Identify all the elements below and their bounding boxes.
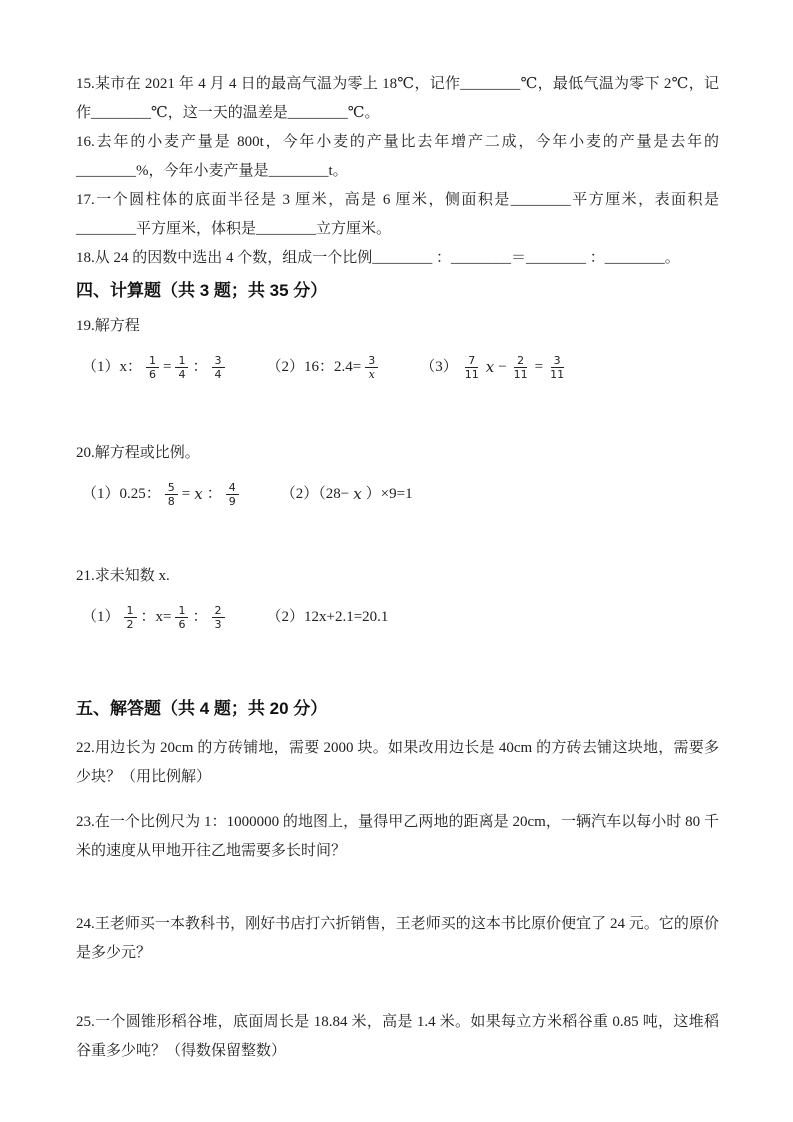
fraction-denominator: 4 bbox=[212, 368, 225, 381]
fraction: 12 bbox=[124, 604, 137, 631]
question-21-equations: （1） 12 ：x= 16 ： 23 （2）12x+2.1=20.1 bbox=[80, 599, 719, 635]
fraction: 34 bbox=[212, 354, 225, 381]
question-19-equations: （1）x： 16 = 14 ： 34 （2）16：2.4= 3x （3） 711… bbox=[80, 349, 719, 385]
fraction-numerator: 1 bbox=[175, 604, 188, 618]
math-text: （1） bbox=[82, 603, 120, 632]
fraction-denominator: 2 bbox=[124, 618, 137, 631]
minus-sign: − bbox=[498, 353, 506, 382]
fraction-numerator: 1 bbox=[175, 354, 188, 368]
fraction: 311 bbox=[547, 354, 567, 381]
fraction: 3x bbox=[365, 354, 378, 381]
fraction: 16 bbox=[175, 604, 188, 631]
answer-space bbox=[76, 512, 719, 556]
fraction-denominator: 6 bbox=[175, 618, 188, 631]
fraction-numerator: 2 bbox=[514, 354, 527, 368]
fraction: 14 bbox=[175, 354, 188, 381]
fraction-denominator: 11 bbox=[511, 368, 531, 381]
fraction-numerator: 1 bbox=[146, 354, 159, 368]
fraction-denominator: x bbox=[366, 368, 378, 381]
math-variable-x: x bbox=[353, 480, 361, 509]
answer-space bbox=[76, 866, 719, 910]
question-20-equations: （1）0.25： 58 = x ： 49 （2）（28− x ）×9=1 bbox=[80, 476, 719, 512]
math-text: （3） bbox=[420, 353, 458, 382]
fraction-numerator: 7 bbox=[465, 354, 478, 368]
fraction-denominator: 8 bbox=[165, 495, 178, 508]
question-20-title: 20.解方程或比例。 bbox=[76, 439, 719, 468]
fraction-numerator: 3 bbox=[551, 354, 564, 368]
ratio-colon: ： bbox=[207, 480, 222, 509]
question-24: 24.王老师买一本教科书，刚好书店打六折销售，王老师买的这本书比原价便宜了 24… bbox=[76, 910, 719, 968]
fraction-numerator: 3 bbox=[365, 354, 378, 368]
math-text: （2）16：2.4= bbox=[267, 353, 362, 382]
fraction: 58 bbox=[165, 481, 178, 508]
q21-eq2: （2）12x+2.1=20.1 bbox=[265, 603, 391, 632]
fraction-denominator: 11 bbox=[462, 368, 482, 381]
fraction-denominator: 6 bbox=[146, 368, 159, 381]
section-4-heading: 四、计算题（共 3 题；共 35 分） bbox=[76, 276, 719, 306]
question-21-title: 21.求未知数 x. bbox=[76, 562, 719, 591]
fraction: 49 bbox=[226, 481, 239, 508]
math-text: （1）0.25： bbox=[82, 480, 161, 509]
math-text: ）×9=1 bbox=[366, 480, 413, 509]
fraction-denominator: 9 bbox=[226, 495, 239, 508]
fraction-numerator: 4 bbox=[226, 481, 239, 495]
math-text: ：x= bbox=[141, 603, 172, 632]
fraction-denominator: 3 bbox=[212, 618, 225, 631]
fraction-numerator: 1 bbox=[124, 604, 137, 618]
answer-space bbox=[76, 792, 719, 808]
question-17: 17.一个圆柱体的底面半径是 3 厘米，高是 6 厘米，侧面积是________… bbox=[76, 186, 719, 244]
section-5-heading: 五、解答题（共 4 题；共 20 分） bbox=[76, 694, 719, 724]
q19-eq3: （3） 711 x − 211 = 311 bbox=[418, 353, 569, 382]
question-15: 15.某市在 2021 年 4 月 4 日的最高气温为零上 18℃，记作____… bbox=[76, 70, 719, 128]
q19-eq2: （2）16：2.4= 3x bbox=[265, 353, 381, 382]
math-text: ： bbox=[192, 353, 207, 382]
equals-sign: = bbox=[182, 480, 190, 509]
question-19-title: 19.解方程 bbox=[76, 312, 719, 341]
fraction-numerator: 2 bbox=[212, 604, 225, 618]
fraction-numerator: 3 bbox=[212, 354, 225, 368]
question-22: 22.用边长为 20cm 的方砖铺地，需要 2000 块。如果改用边长是 40c… bbox=[76, 734, 719, 792]
fraction-denominator: 4 bbox=[175, 368, 188, 381]
math-text: （2）12x+2.1=20.1 bbox=[267, 603, 389, 632]
fraction: 211 bbox=[511, 354, 531, 381]
math-variable-x: x bbox=[486, 353, 494, 382]
q20-eq1: （1）0.25： 58 = x ： 49 bbox=[80, 480, 241, 509]
q19-eq1: （1）x： 16 = 14 ： 34 bbox=[80, 353, 227, 382]
fraction: 23 bbox=[212, 604, 225, 631]
answer-space bbox=[76, 385, 719, 433]
question-18: 18.从 24 的因数中选出 4 个数，组成一个比例________ ：____… bbox=[76, 244, 719, 273]
q20-eq2: （2）（28− x ）×9=1 bbox=[279, 480, 415, 509]
fraction: 711 bbox=[462, 354, 482, 381]
equals-sign: = bbox=[535, 353, 543, 382]
fraction: 16 bbox=[146, 354, 159, 381]
q21-eq1: （1） 12 ：x= 16 ： 23 bbox=[80, 603, 227, 632]
math-text: （1）x： bbox=[82, 353, 142, 382]
fraction-numerator: 5 bbox=[165, 481, 178, 495]
question-16: 16.去年的小麦产量是 800t，今年小麦的产量比去年增产二成，今年小麦的产量是… bbox=[76, 128, 719, 186]
answer-space bbox=[76, 635, 719, 691]
math-variable-x: x bbox=[194, 480, 202, 509]
math-text: （2）（28− bbox=[281, 480, 349, 509]
answer-space bbox=[76, 968, 719, 1008]
ratio-colon: ： bbox=[192, 603, 207, 632]
fraction-denominator: 11 bbox=[547, 368, 567, 381]
math-text: = bbox=[163, 353, 171, 382]
exam-paper-page: 15.某市在 2021 年 4 月 4 日的最高气温为零上 18℃，记作____… bbox=[0, 0, 793, 1122]
question-23: 23.在一个比例尺为 1：1000000 的地图上，量得甲乙两地的距离是 20c… bbox=[76, 808, 719, 866]
question-25: 25.一个圆锥形稻谷堆，底面周长是 18.84 米，高是 1.4 米。如果每立方… bbox=[76, 1008, 719, 1066]
